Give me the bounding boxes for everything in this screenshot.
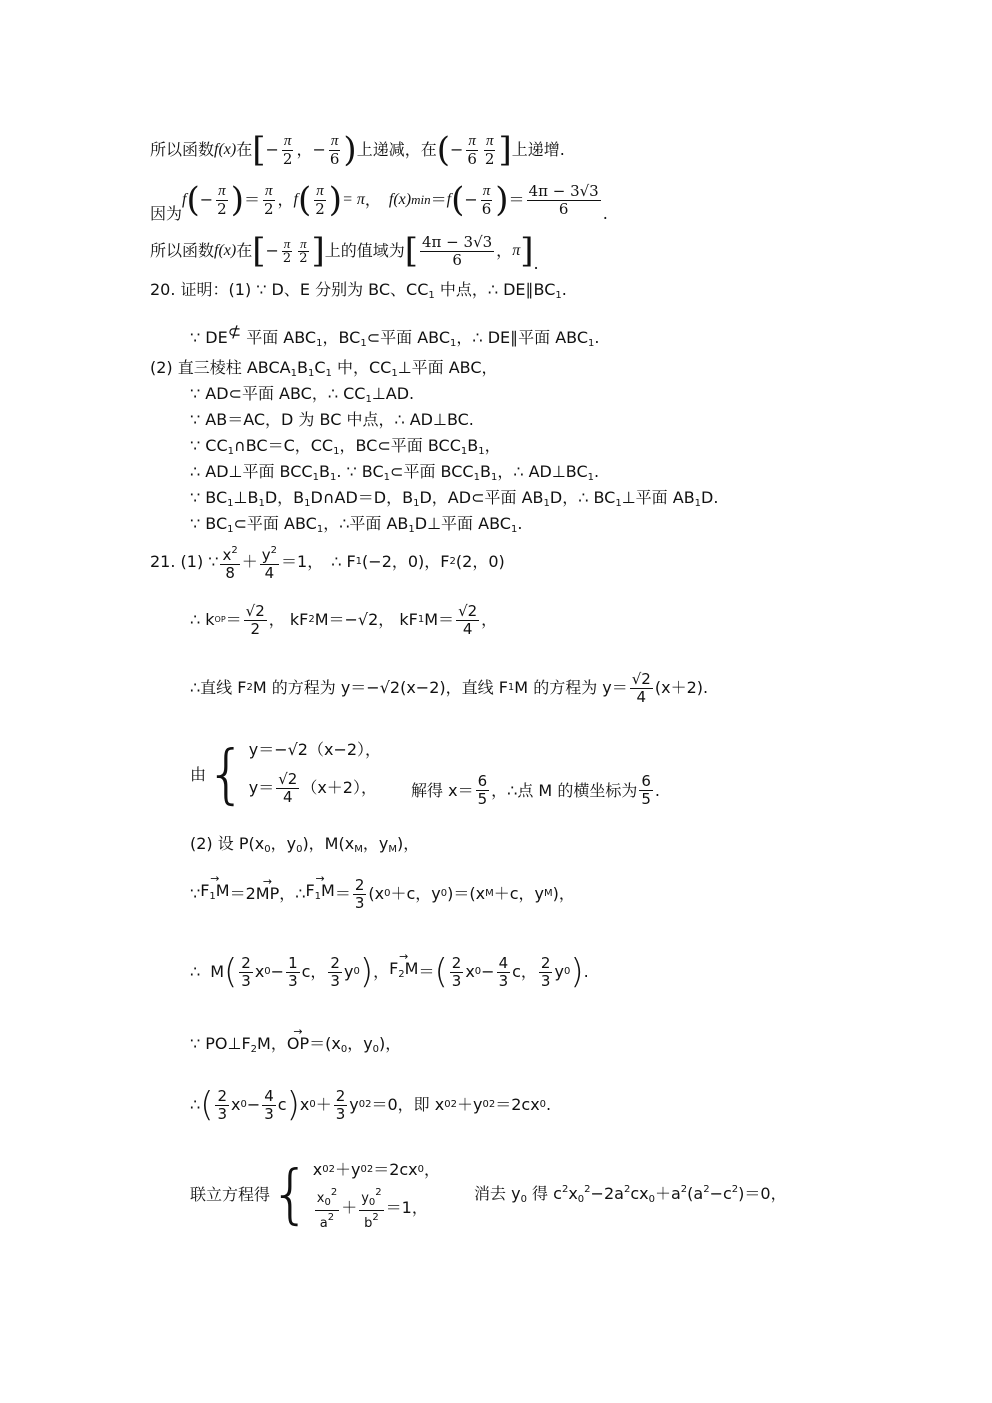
fx: f(x) bbox=[214, 140, 236, 160]
q20-line3: (2) 直三棱柱 ABCA1B1C1 中，CC1⊥平面 ABC， bbox=[150, 358, 498, 384]
paren: ) bbox=[287, 1090, 300, 1120]
fraction: π2 bbox=[313, 183, 327, 218]
paren: ( bbox=[435, 957, 448, 987]
fraction: √22 bbox=[244, 603, 267, 638]
q20-line5: ∵ AB＝AC，D 为 BC 中点，∴ AD⊥BC. bbox=[190, 410, 474, 430]
fraction: 23 bbox=[353, 877, 367, 912]
text: 20. 证明：(1) ∵ D、E 分别为 BC、CC bbox=[150, 280, 428, 299]
text: ∴ AD⊥平面 BCC bbox=[190, 462, 313, 481]
left-brace: { bbox=[206, 745, 247, 805]
text: ，∴ DE∥平面 ABC bbox=[456, 328, 588, 347]
text: ⊥B bbox=[234, 488, 259, 507]
text: 所以函数 bbox=[150, 140, 214, 160]
text: ∴ F bbox=[331, 552, 355, 572]
q21-line6: ∵F1M＝2MP， ∴F1M＝ 23 (x0＋c，y0)＝(xM＋c，yM)， bbox=[190, 870, 575, 918]
minus: − bbox=[266, 140, 279, 160]
text: ⊥平面 ABC， bbox=[398, 358, 498, 377]
text: ∵ CC bbox=[190, 436, 228, 455]
text: M＝ bbox=[424, 610, 454, 630]
text: 由 bbox=[190, 765, 206, 785]
text: 在 bbox=[236, 140, 252, 160]
fraction: π2 bbox=[262, 183, 276, 218]
fraction: √24 bbox=[630, 671, 653, 706]
fraction: π2 bbox=[215, 183, 229, 218]
text: D. bbox=[701, 488, 718, 507]
bracket: [ bbox=[252, 236, 265, 266]
text: ，∴ AD⊥BC bbox=[497, 462, 587, 481]
text: B bbox=[467, 436, 478, 455]
text: ，BC⊂平面 BCC bbox=[339, 436, 460, 455]
comma: ， bbox=[365, 190, 381, 210]
period: . bbox=[533, 254, 538, 274]
fraction: 23 bbox=[334, 1088, 348, 1123]
paren: ( bbox=[186, 185, 199, 215]
equals: ＝ bbox=[509, 190, 525, 210]
q21-system1: 由 { y＝−√2（x−2）， y＝√24（x＋2）， 解得 x＝ 65 ，∴点… bbox=[190, 730, 660, 820]
fraction: x28 bbox=[220, 542, 239, 582]
text: 21. (1) ∵ bbox=[150, 552, 218, 572]
text: 上递减，在 bbox=[357, 140, 437, 160]
text: M＝−√2， kF bbox=[315, 610, 418, 630]
fraction: 43 bbox=[497, 955, 511, 990]
paren: ) bbox=[329, 185, 342, 215]
text: B bbox=[480, 462, 491, 481]
fraction: π2 bbox=[281, 133, 295, 168]
fraction: 43 bbox=[262, 1088, 276, 1123]
paren: ( bbox=[437, 135, 450, 165]
equals: ＝ bbox=[226, 610, 242, 630]
text: . bbox=[562, 280, 567, 299]
vector-F2M: F2M bbox=[389, 959, 418, 985]
text: . bbox=[594, 462, 599, 481]
period: . bbox=[603, 204, 608, 224]
text: ∴ k bbox=[190, 610, 215, 630]
fraction: 65 bbox=[476, 773, 490, 808]
plus: ＋ bbox=[242, 552, 258, 572]
system-row: x02a2 ＋ y02b2 ＝1， bbox=[313, 1183, 440, 1233]
text: D，B bbox=[265, 488, 304, 507]
text: M 的方程为 y＝−√2(x−2)，直线 F bbox=[253, 678, 508, 698]
q21-system2: 联立方程得 { x02＋y02＝2cx0， x02a2 ＋ y02b2 ＝1， … bbox=[190, 1150, 787, 1240]
text: D，∴ BC bbox=[550, 488, 615, 507]
system-row: y＝−√2（x−2）， bbox=[249, 737, 381, 763]
solution: 解得 x＝ 65 ，∴点 M 的横坐标为 65 . bbox=[411, 773, 660, 808]
text: (−2，0)，F bbox=[362, 552, 449, 572]
text: ∴直线 F bbox=[190, 678, 246, 698]
paren: ) bbox=[343, 135, 356, 165]
paren: ( bbox=[200, 1090, 213, 1120]
vector-F1M: F1M bbox=[200, 881, 229, 907]
fraction: x02a2 bbox=[315, 1186, 339, 1231]
text: ， bbox=[485, 436, 501, 455]
fraction: 13 bbox=[286, 955, 300, 990]
fraction: √24 bbox=[456, 603, 479, 638]
paren: ) bbox=[360, 957, 373, 987]
text: (x＋2). bbox=[655, 678, 708, 698]
text: ∵ BC bbox=[190, 488, 227, 507]
equals: ＝ bbox=[244, 190, 260, 210]
paren: ) bbox=[570, 957, 583, 987]
fraction: y24 bbox=[260, 542, 279, 582]
fraction: 65 bbox=[639, 773, 653, 808]
text: ⊂平面 BCC bbox=[390, 462, 474, 481]
text: ， kF bbox=[269, 610, 309, 630]
sub: OP bbox=[215, 610, 226, 630]
text: D∩AD＝D，B bbox=[311, 488, 414, 507]
fraction: π6 bbox=[328, 133, 342, 168]
text: 中点，∴ DE∥BC bbox=[435, 280, 556, 299]
fraction: 4π − 3√36 bbox=[527, 183, 601, 218]
bracket: ] bbox=[520, 236, 533, 266]
equals-pi: = π bbox=[342, 190, 365, 210]
paren: ( bbox=[451, 185, 464, 215]
fraction: 23 bbox=[539, 955, 553, 990]
minus: − bbox=[450, 140, 463, 160]
fraction: 23 bbox=[450, 955, 464, 990]
equation-system: { y＝−√2（x−2）， y＝√24（x＋2）， bbox=[206, 737, 381, 813]
line-decreasing-increasing: 所以函数 f(x) 在 [ − π2 ，− π6 ) 上递减，在 ( − π6 … bbox=[150, 128, 565, 172]
comma: ， bbox=[296, 140, 312, 160]
not-subset-symbol: ⊄ bbox=[228, 322, 241, 341]
text: 所以函数 bbox=[150, 241, 214, 261]
text: B bbox=[319, 462, 330, 481]
text: M 的方程为 y＝ bbox=[514, 678, 627, 698]
minus: − bbox=[200, 190, 213, 210]
comma: ， bbox=[496, 241, 512, 261]
q20-line4: ∵ AD⊂平面 ABC，∴ CC1⊥AD. bbox=[190, 384, 414, 410]
text: ，∴平面 AB bbox=[323, 514, 408, 533]
text: ∵ AB＝AC，D 为 BC 中点，∴ AD⊥BC. bbox=[190, 410, 474, 429]
q21-line3: ∴直线 F2M 的方程为 y＝−√2(x−2)，直线 F1M 的方程为 y＝ √… bbox=[190, 664, 708, 712]
paren: ( bbox=[298, 185, 311, 215]
text: B bbox=[297, 358, 308, 377]
vector-F1M: F1M bbox=[305, 881, 334, 907]
minus: − bbox=[312, 140, 325, 160]
fx: f(x) bbox=[214, 241, 236, 261]
q21-line7: ∴M ( 23x0− 13c， 23y0 )， F2M＝ ( 23x0− 43c… bbox=[190, 944, 589, 1000]
q21-line5: (2) 设 P(x0，y0)，M(xM，yM)， bbox=[190, 834, 419, 860]
q21-line1: 21. (1) ∵ x28 ＋ y24 ＝1， ∴ F1(−2，0)，F2(2，… bbox=[150, 540, 505, 584]
line-range: 所以函数 f(x) 在 [− π2 π2 ] 上的值域为 [ 4π − 3√36… bbox=[150, 228, 539, 274]
fraction: π2 bbox=[281, 237, 293, 266]
subscript-min: min bbox=[411, 190, 431, 210]
bracket: [ bbox=[405, 236, 418, 266]
text: D⊥平面 ABC bbox=[415, 514, 511, 533]
text: (2) 直三棱柱 ABCA bbox=[150, 358, 291, 377]
q20-line9: ∵ BC1⊂平面 ABC1，∴平面 AB1D⊥平面 ABC1. bbox=[190, 514, 522, 540]
paren: ) bbox=[495, 185, 508, 215]
paren: ) bbox=[231, 185, 244, 215]
pi: π bbox=[512, 241, 520, 261]
q20-line7: ∴ AD⊥平面 BCC1B1. ∵ BC1⊂平面 BCC1B1，∴ AD⊥BC1… bbox=[190, 462, 599, 488]
comma: ， bbox=[278, 190, 294, 210]
text: ＝1， bbox=[281, 552, 323, 572]
system-row: x02＋y02＝2cx0， bbox=[313, 1157, 440, 1183]
text: 因为 bbox=[150, 204, 182, 224]
text: ⊂平面 ABC bbox=[367, 328, 450, 347]
left-brace: { bbox=[270, 1165, 311, 1225]
text: (2，0) bbox=[456, 552, 505, 572]
text: 上递增. bbox=[512, 140, 565, 160]
text: ⊥平面 AB bbox=[622, 488, 695, 507]
fraction: 23 bbox=[239, 955, 253, 990]
text: ⊥AD. bbox=[372, 384, 414, 403]
fx: f(x) bbox=[389, 190, 411, 210]
text: ∵ DE bbox=[190, 328, 228, 347]
text: 中，CC bbox=[332, 358, 391, 377]
text: D，AD⊂平面 AB bbox=[419, 488, 543, 507]
text: 在 bbox=[236, 241, 252, 261]
minus: − bbox=[266, 241, 279, 261]
fraction: π6 bbox=[480, 183, 494, 218]
bracket: ] bbox=[311, 236, 324, 266]
minus: − bbox=[464, 190, 477, 210]
q20-line6: ∵ CC1∩BC＝C，CC1，BC⊂平面 BCC1B1， bbox=[190, 436, 501, 462]
fraction: π6 bbox=[465, 133, 479, 168]
text: ⊂平面 ABC bbox=[234, 514, 317, 533]
vector-MP: MP bbox=[256, 884, 279, 904]
fraction: √24 bbox=[276, 771, 299, 806]
q21-line9: ∴ ( 23x0− 43c ) x0＋ 23y02 ＝0，即 x02＋y02＝2… bbox=[190, 1070, 551, 1140]
vector-OP: OP bbox=[287, 1034, 309, 1054]
elimination: 消去 y0 得 c2x02−2a2cx0＋a2(a2−c2)＝0， bbox=[474, 1180, 787, 1210]
q21-line8: ∵ PO⊥F2M，OP＝(x0，y0)， bbox=[190, 1034, 401, 1060]
system-row: y＝√24（x＋2）， bbox=[249, 763, 381, 813]
equals: ＝ bbox=[431, 190, 447, 210]
text: 平面 ABC bbox=[241, 328, 316, 347]
text: ∵ BC bbox=[190, 514, 227, 533]
fraction: y02b2 bbox=[359, 1186, 383, 1231]
paren: ( bbox=[224, 957, 237, 987]
text: C bbox=[314, 358, 325, 377]
text: . bbox=[517, 514, 522, 533]
fraction: 23 bbox=[328, 955, 342, 990]
fraction: 23 bbox=[215, 1088, 229, 1123]
bracket: [ bbox=[252, 135, 265, 165]
text: 上的值域为 bbox=[325, 241, 405, 261]
q20-line8: ∵ BC1⊥B1D，B1D∩AD＝D，B1D，AD⊂平面 AB1D，∴ BC1⊥… bbox=[190, 488, 718, 514]
equation-system: { x02＋y02＝2cx0， x02a2 ＋ y02b2 ＝1， bbox=[270, 1157, 440, 1233]
q21-line2: ∴ kOP ＝ √22 ， kF2M＝−√2， kF1M＝ √24 ， bbox=[190, 596, 497, 644]
fraction: π2 bbox=[483, 133, 497, 168]
comma: ， bbox=[481, 610, 497, 630]
q20-line2: ∵ DE⊄ 平面 ABC1，BC1⊂平面 ABC1，∴ DE∥平面 ABC1. bbox=[190, 322, 600, 354]
line-function-values: 因为 f(x) f (− π2 ) ＝ π2 ， f ( π2 ) = π ， … bbox=[150, 176, 608, 224]
q20-line1: 20. 证明：(1) ∵ D、E 分别为 BC、CC1 中点，∴ DE∥BC1. bbox=[150, 280, 567, 306]
text: . ∵ BC bbox=[336, 462, 383, 481]
bracket: ] bbox=[498, 135, 511, 165]
text: ∩BC＝C，CC bbox=[234, 436, 333, 455]
text: ∵ AD⊂平面 ABC，∴ CC bbox=[190, 384, 365, 403]
text: ，BC bbox=[322, 328, 360, 347]
fraction: 4π − 3√36 bbox=[420, 234, 494, 269]
fraction: π2 bbox=[297, 237, 309, 266]
text: . bbox=[594, 328, 599, 347]
